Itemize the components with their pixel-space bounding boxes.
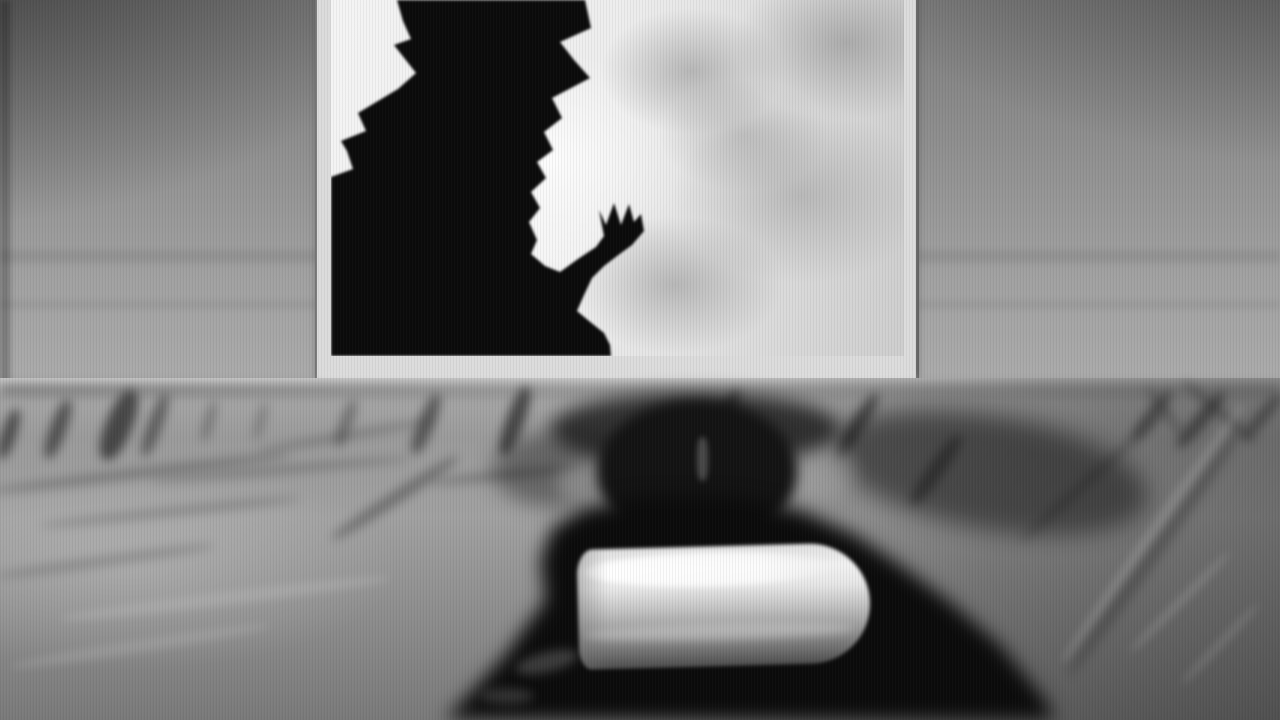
edge-mark xyxy=(93,386,145,464)
grain-streak xyxy=(11,620,270,673)
cylinder-lower-sheen xyxy=(585,621,855,644)
edge-mark xyxy=(137,392,173,459)
white-cylinder-object xyxy=(576,542,871,670)
plank-seam xyxy=(1179,602,1261,687)
grain-streak xyxy=(40,494,299,529)
edge-mark xyxy=(0,407,24,461)
edge-mark xyxy=(251,401,270,440)
cylinder-top-highlight xyxy=(585,549,838,590)
edge-mark xyxy=(40,397,76,461)
edge-mark xyxy=(198,399,219,442)
film-still-photo xyxy=(0,0,1280,720)
grain-streak xyxy=(60,572,389,625)
cylinder-left-cap xyxy=(576,549,609,670)
grain-streak xyxy=(0,541,215,582)
blurred-hand-blob-2 xyxy=(480,688,534,704)
